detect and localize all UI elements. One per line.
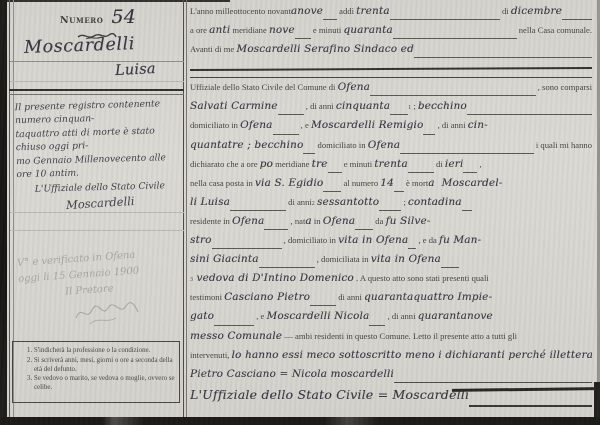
handwritten-text: fu Silve- [386, 215, 431, 227]
printed-text: è mort [404, 178, 428, 188]
handwritten-text: Pietro Casciano = Nicola moscardelli [190, 368, 394, 380]
printed-text: Avanti di me [190, 44, 236, 54]
blank-rule [467, 112, 592, 115]
printed-text: di [500, 6, 511, 16]
printed-text: ; [401, 197, 408, 207]
handwritten-text: fu Man- [439, 234, 481, 246]
printed-text: , di anni [385, 311, 417, 321]
page-border-outer [9, 0, 10, 417]
blank-rule [400, 151, 534, 154]
handwritten-text: quarantanove [418, 310, 493, 322]
handwritten-text: vedova di D'Intino Domenico [193, 272, 354, 284]
act-line: domiciliato in Ofena , e Moscardelli Rem… [190, 119, 592, 138]
margin-rule [10, 212, 184, 213]
handwritten-text: quantatre ; becchino [190, 139, 303, 151]
printed-text: di anni [286, 197, 312, 207]
act-line: li Luisa di anni2 sessantotto ; contadin… [190, 196, 592, 215]
handwritten-text: Salvati Carmine [190, 100, 278, 112]
printed-text: , domiciliato in [282, 235, 339, 245]
blank-rule [562, 17, 592, 20]
printed-text: a ore [190, 25, 209, 35]
handwritten-text: anove [291, 5, 323, 17]
deceased-surname: Moscardelli [24, 34, 136, 59]
printed-text: domiciliato in [315, 140, 367, 150]
printed-text: , nat [288, 216, 305, 226]
blank-rule [259, 265, 315, 268]
blank-rule [323, 189, 341, 192]
printed-text: , domiciliata in [315, 254, 371, 264]
scan-edge-bottom [0, 417, 600, 425]
handwritten-text: quaranta [343, 24, 392, 36]
printed-text: , di anni [435, 120, 467, 130]
act-line: residente in Ofena , nata in Ofena da fu… [190, 215, 592, 234]
blank-rule [190, 65, 592, 71]
act-line: messo Comunale — ambi residenti in quest… [190, 330, 592, 349]
blank-rule [273, 132, 299, 135]
act-line: a ore anti meridiane nove e minuti quara… [190, 24, 592, 43]
printed-text: , e [254, 311, 266, 321]
margin-rule [10, 230, 184, 231]
blank-rule [295, 36, 311, 39]
printed-text: meridiane [273, 159, 312, 169]
handwritten-text: sini Giacinta [190, 253, 259, 265]
handwritten-text: vita in Ofena [371, 253, 441, 265]
margin-column: Numero54 Moscardelli Luisa Il presente r… [14, 0, 182, 417]
act-line: 3 vedova di D'Intino Domenico . A questo… [190, 272, 592, 291]
blank-rule [390, 112, 408, 115]
record-number: 54 [111, 6, 136, 28]
handwritten-text: nove [269, 24, 295, 36]
blank-rule [441, 265, 459, 268]
blank-rule [323, 17, 337, 20]
act-line [190, 72, 592, 81]
handwritten-text: Ofena [368, 139, 400, 151]
scan-edge-left [0, 0, 7, 425]
handwritten-text: ieri [445, 158, 464, 170]
printed-text: nella Casa comunale. [517, 25, 592, 35]
handwritten-text: gato [190, 310, 214, 322]
column-divider-rule [183, 0, 187, 417]
handwritten-text: po [260, 158, 273, 170]
handwritten-text: Moscardelli Remigio [311, 119, 423, 131]
handwritten-text: contadina [408, 196, 462, 208]
printed-text: al numero [341, 178, 380, 188]
blank-rule [190, 75, 592, 78]
printed-text: L'anno milleottocento novant [190, 6, 291, 16]
act-line: dichiarato che a ore po meridiane tre e … [190, 158, 592, 177]
act-line: testimoni Casciano Pietro di anni quaran… [190, 291, 592, 310]
handwritten-text: quarantaquattro Impie- [364, 291, 492, 303]
act-line [190, 62, 592, 72]
blank-rule [379, 208, 401, 211]
blank-rule [423, 132, 435, 135]
handwritten-text: Moscardelli Serafino Sindaco ed [236, 43, 414, 55]
blank-rule [390, 17, 500, 20]
footnote-item: 1. S'indicherà la professione o la condi… [27, 347, 175, 356]
handwritten-text: vita in Ofena [338, 234, 408, 246]
blank-rule [212, 246, 282, 249]
handwritten-text: tre [312, 158, 328, 170]
blank-rule [463, 170, 477, 173]
act-line: Uffiziale dello Stato Civile del Comune … [190, 81, 592, 100]
handwritten-text: stro [190, 234, 212, 246]
blank-rule [394, 380, 592, 383]
act-line: gato , e Moscardelli Nicola , di anni qu… [190, 310, 592, 329]
deceased-given-name: Luisa [115, 61, 157, 80]
printed-text: . A questo atto sono stati presenti qual… [354, 273, 489, 283]
pretore-signature [72, 300, 142, 326]
pretore-verification-note: V° e verificato in Ofenaoggi li 15 Genna… [17, 244, 190, 304]
printed-text: addì [337, 6, 356, 16]
act-body: L'anno milleottocento novantanove addì t… [190, 5, 592, 411]
act-line: nella casa posta in via S. Egidio al num… [190, 177, 592, 196]
blank-rule [328, 170, 342, 173]
printed-text: , di anni [304, 101, 336, 111]
handwritten-text: messo Comunale [190, 330, 282, 342]
printed-text: , sono comparsi [536, 82, 592, 92]
handwritten-text: dicembre [511, 5, 562, 17]
handwritten-text: becchino [418, 100, 467, 112]
closing-note-line: mo Gennaio Millenovecento alle ore 10 an… [16, 150, 183, 181]
footnotes-list: 1. S'indicherà la professione o la condi… [20, 347, 175, 393]
margin-rule [10, 81, 184, 82]
handwritten-text: Casciano Pietro [224, 291, 310, 303]
act-line: quantatre ; becchino domiciliato in Ofen… [190, 139, 592, 158]
printed-text: testimoni [190, 292, 224, 302]
record-number-row: Numero54 [14, 6, 182, 28]
margin-rule [10, 61, 184, 62]
footnotes-box: 1. S'indicherà la professione o la condi… [12, 341, 180, 403]
blank-rule [303, 151, 315, 154]
act-line: Salvati Carmine , di anni cinquanta1 ; b… [190, 100, 592, 119]
handwritten-text: L'Uffiziale dello Stato Civile = [190, 387, 392, 402]
handwritten-text: Ofena [323, 215, 355, 227]
printed-text: in [312, 216, 323, 226]
printed-text: da [373, 216, 385, 226]
printed-text: e minuti [342, 159, 375, 169]
handwritten-text: 14 [380, 177, 394, 189]
handwritten-text: sessantotto [317, 196, 379, 208]
printed-text: residente in [190, 216, 232, 226]
printed-text: intervenuti, [190, 350, 232, 360]
handwritten-text: li Luisa [190, 196, 230, 208]
handwritten-text: anti [209, 24, 230, 36]
act-line: stro , domiciliato in vita in Ofena , e … [190, 234, 592, 253]
blank-rule [394, 189, 404, 192]
printed-text: ; [411, 101, 418, 111]
handwritten-text: cinquanta [336, 100, 390, 112]
footnote-item: 2. Si scriverà anni, mesi, giorni o ore … [27, 357, 175, 375]
handwritten-text: Ofena [240, 119, 272, 131]
printed-text: dichiarato che a ore [190, 159, 260, 169]
handwritten-text: via S. Egidio [255, 177, 323, 189]
blank-rule [230, 208, 286, 211]
handwritten-text: Moscardelli Nicola [267, 310, 370, 322]
numero-label: Numero [60, 15, 103, 26]
act-line: Pietro Casciano = Nicola moscardelli [190, 368, 592, 387]
register-closing-note: Il presente registro contenente numero c… [15, 97, 184, 213]
printed-text: di anni [336, 292, 364, 302]
handwritten-text: a Moscardel- [428, 177, 502, 189]
margin-heavy-rule [9, 89, 184, 95]
act-line: Avanti di me Moscardelli Serafino Sindac… [190, 43, 592, 62]
blank-rule [370, 93, 536, 96]
printed-text: Uffiziale dello Stato Civile del Comune … [190, 82, 338, 92]
printed-text: meridiane [230, 25, 269, 35]
act-line: L'anno milleottocento novantanove addì t… [190, 5, 592, 24]
printed-text: nella casa posta in [190, 178, 255, 188]
blank-rule [310, 303, 336, 306]
printed-text: , e [299, 120, 311, 130]
handwritten-text: cin- [468, 119, 488, 131]
blank-rule [278, 112, 304, 115]
blank-rule [264, 227, 288, 230]
printed-text: , [477, 159, 481, 169]
act-line: intervenuti, lo hanno essi meco sottoscr… [190, 349, 592, 368]
blank-rule [469, 403, 592, 407]
blank-rule [462, 208, 472, 211]
handwritten-text: trenta [374, 158, 408, 170]
printed-text: i quali mi hanno [534, 140, 592, 150]
handwritten-text: Ofena [338, 81, 370, 93]
handwritten-text: trenta [356, 5, 390, 17]
closing-note-lines: Il presente registro contenente numero c… [15, 97, 183, 182]
death-record-page: Numero54 Moscardelli Luisa Il presente r… [0, 0, 600, 425]
printed-text: — ambi residenti in questo Comune. Letto… [282, 331, 517, 341]
printed-text: domiciliato in [190, 120, 240, 130]
blank-rule [414, 55, 592, 58]
printed-text: e minuti [311, 25, 344, 35]
handwritten-text: Ofena [232, 215, 264, 227]
printed-text: , e da [416, 235, 439, 245]
printed-text: di [434, 159, 445, 169]
blank-rule [408, 246, 416, 249]
footnote-item: 3. Se vedovo o marito, se vedova o mogli… [27, 375, 175, 393]
act-line: sini Giacinta , domiciliata in vita in O… [190, 253, 592, 272]
handwritten-text: lo hanno essi meco sottoscritto meno i d… [232, 349, 592, 361]
blank-rule [408, 170, 434, 173]
blank-rule [393, 36, 517, 39]
blank-rule [214, 323, 254, 326]
blank-rule [355, 227, 373, 230]
blank-rule [369, 323, 385, 326]
